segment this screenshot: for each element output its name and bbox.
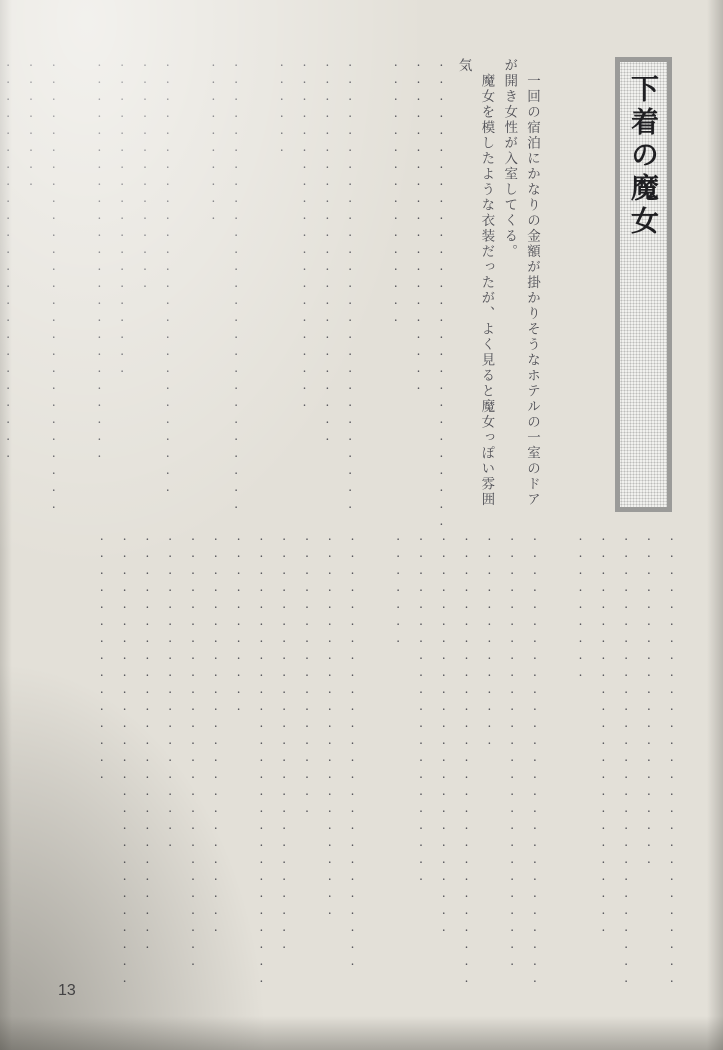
- text-line: ·······················: [315, 58, 338, 513]
- text-line: ····························: [429, 58, 452, 513]
- text-block-bottom: ········································…: [36, 532, 705, 988]
- text-line: 魔女を模したような衣装だったが、よく見ると魔女っぽい雰囲気: [452, 58, 498, 513]
- text-line: ·········: [568, 532, 591, 988]
- text-line: ··············: [133, 58, 156, 513]
- text-line: ··························: [181, 532, 204, 988]
- text-line: ························: [203, 532, 226, 988]
- text-line: 一回の宿泊にかなりの金額が掛かりそうなホテルの一室のドア: [520, 58, 543, 513]
- text-line: ·············: [477, 532, 500, 988]
- text-line: ···························: [659, 532, 705, 988]
- text-line: ··························: [155, 58, 201, 513]
- text-line: ················: [383, 58, 406, 513]
- text-line: が開き女性が入室してくる。: [497, 58, 520, 513]
- text-line: ···········: [226, 532, 249, 988]
- text-line: ·························: [135, 532, 158, 988]
- page-number: 13: [58, 982, 76, 1000]
- text-line: ·····················: [409, 532, 432, 988]
- text-line: ···················: [110, 58, 133, 513]
- text-line: ···················: [158, 532, 181, 988]
- text-line: ·························: [272, 532, 295, 988]
- chapter-title: 下着の魔女: [620, 74, 667, 239]
- text-line: ········: [19, 58, 42, 513]
- text-line: ························: [0, 58, 19, 513]
- text-line: ························: [431, 532, 454, 988]
- text-line: ··········: [201, 58, 224, 513]
- text-line: ···························: [224, 58, 270, 513]
- text-line: ························: [87, 58, 110, 513]
- text-line: ····················: [406, 58, 429, 513]
- text-line: ···························: [41, 58, 87, 513]
- text-line: ························: [591, 532, 614, 988]
- text-line: ·······················: [317, 532, 340, 988]
- text-line: ··························: [340, 532, 386, 988]
- text-line: ···························: [338, 58, 384, 513]
- text-line: ····················: [637, 532, 660, 988]
- text-line: ···························: [249, 532, 272, 988]
- chapter-title-box: 下着の魔女: [615, 57, 672, 512]
- text-line: ··························: [500, 532, 523, 988]
- text-block-top: 一回の宿泊にかなりの金額が掛かりそうなホテルの一室のドアが開き女性が入室してくる…: [36, 58, 543, 513]
- text-line: ·····················: [292, 58, 315, 513]
- scanned-book-page: 下着の魔女 一回の宿泊にかなりの金額が掛かりそうなホテルの一室のドアが開き女性が…: [0, 0, 723, 1050]
- text-line: ·······: [386, 532, 409, 988]
- text-line: ···························: [454, 532, 477, 988]
- text-line: ······: [269, 58, 292, 513]
- text-line: ···························: [112, 532, 135, 988]
- text-line: ···············: [89, 532, 112, 988]
- text-line: ···························: [614, 532, 637, 988]
- text-line: ···························: [523, 532, 569, 988]
- text-line: ·················: [295, 532, 318, 988]
